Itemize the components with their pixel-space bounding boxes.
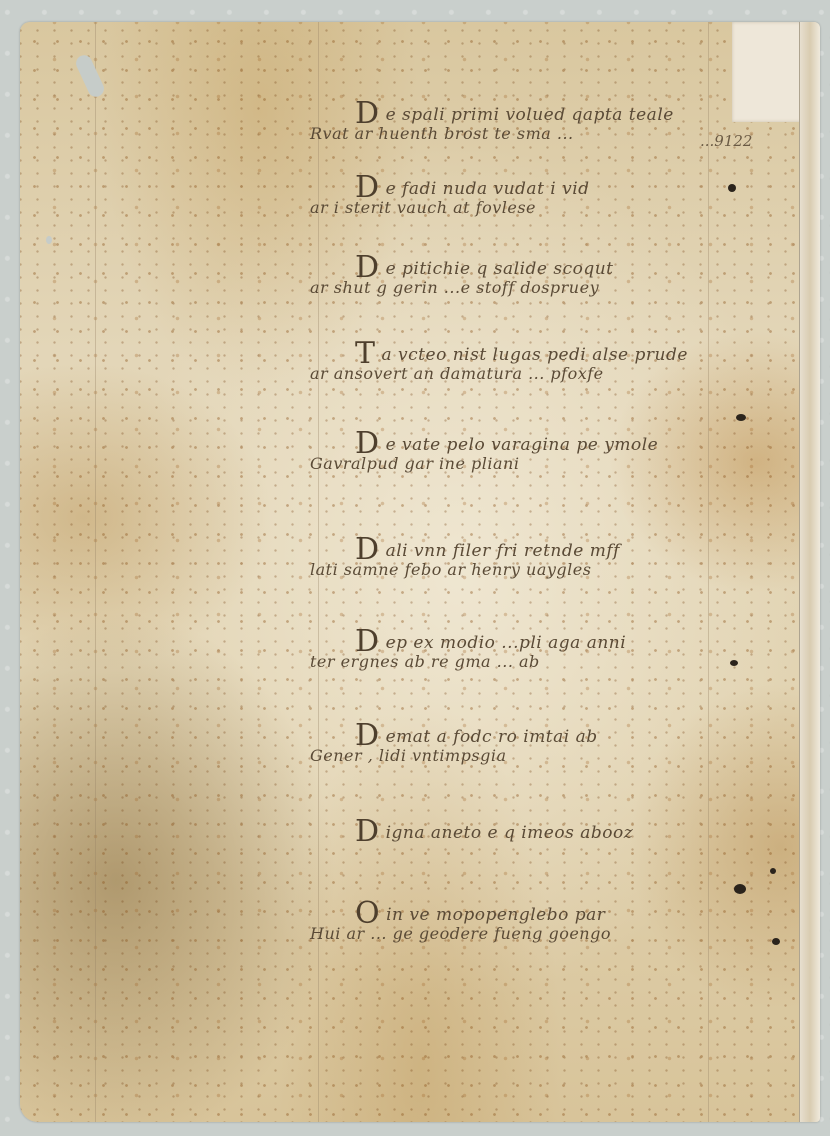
- entry-line-2: ar shut g gerin ...e stoff dospruey: [310, 278, 599, 297]
- entry-line-1: Digna aneto e q imeos abooz: [355, 814, 633, 849]
- binding-strip: [799, 22, 820, 1122]
- entry-text: emat a fodc ro imtai ab: [386, 727, 598, 747]
- entry-line-2: ar i sterit vauch at fovlese: [310, 198, 536, 217]
- ruling-line-right: [708, 22, 709, 1122]
- ink-blot: [728, 184, 736, 192]
- corner-annotation: ...9122: [700, 132, 752, 150]
- entry-text: in ve mopopenglebo par: [386, 905, 605, 925]
- entry-text: ali vnn filer fri retnde mff: [386, 541, 620, 561]
- entry-line-2: ter ergnes ab re gma ... ab: [310, 652, 540, 671]
- entry-line-2: lati samne febo ar henry uaygles: [310, 560, 591, 579]
- parchment-hole: [73, 53, 106, 100]
- ink-blot: [734, 884, 746, 894]
- entry-line-2: Gener , lidi vntimpsgia: [310, 746, 507, 765]
- entry-line-2: Rvat ar huenth brost te sma ...: [310, 124, 574, 143]
- ink-blot: [736, 414, 746, 421]
- entry-text: e vate pelo varagina pe ymole: [386, 435, 659, 455]
- entry-line-2: Hui ar ... ge geodere fueng goengo: [310, 924, 611, 943]
- entry-line-2: Gavralpud gar ine pliani: [310, 454, 519, 473]
- entry-line-2: ar ansovert an damatura ... pfoxfe: [310, 364, 604, 383]
- ink-blot: [770, 868, 776, 874]
- entry-text: e fadi nuda vudat i vid: [386, 179, 590, 199]
- ink-blot: [730, 660, 738, 666]
- decorated-initial: D: [355, 814, 380, 849]
- entry-text: igna aneto e q imeos abooz: [386, 823, 634, 843]
- entry-text: e spali primi volued qapta teale: [386, 105, 674, 125]
- entry-text: a vcteo nist lugas pedi alse prude: [382, 345, 688, 365]
- ink-blot: [772, 938, 780, 945]
- ruling-line-left: [95, 22, 96, 1122]
- manuscript-leaf: ...9122 De spali primi volued qapta teal…: [20, 22, 820, 1122]
- entry-text: e pitichie q salide scoqut: [386, 259, 614, 279]
- entry-text: ep ex modio ...pli aga anni: [386, 633, 627, 653]
- parchment-hole-small: [46, 236, 52, 244]
